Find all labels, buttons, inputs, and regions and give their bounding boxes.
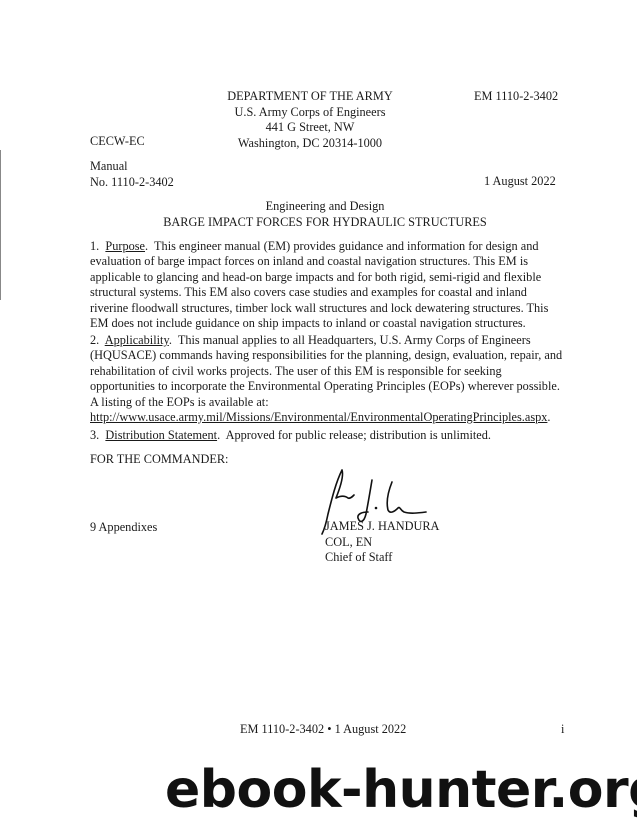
- applicability-line: This manual applies to all Headquarters,…: [178, 333, 531, 347]
- title-main: BARGE IMPACT FORCES FOR HYDRAULIC STRUCT…: [120, 215, 530, 231]
- purpose-line: riverine floodwall structures, timber lo…: [90, 301, 548, 316]
- page-footer: EM 1110-2-3402 • 1 August 2022: [240, 722, 406, 737]
- purpose-line: evaluation of barge impact forces on inl…: [90, 254, 548, 269]
- section-heading: Purpose: [105, 239, 145, 253]
- section-number: 1.: [90, 239, 99, 253]
- distribution-text: Approved for public release; distributio…: [226, 428, 491, 442]
- for-the-commander: FOR THE COMMANDER:: [90, 452, 228, 467]
- letterhead-agency: U.S. Army Corps of Engineers: [180, 105, 440, 121]
- office-symbol: CECW-EC: [90, 134, 145, 149]
- page-number: i: [561, 722, 564, 737]
- document-date: 1 August 2022: [484, 174, 556, 189]
- eop-link[interactable]: http://www.usace.army.mil/Missions/Envir…: [90, 410, 547, 424]
- watermark: ebook-hunter.org: [165, 760, 637, 820]
- signer-name: JAMES J. HANDURA: [325, 519, 439, 535]
- section-applicability: 2. Applicability. This manual applies to…: [90, 333, 548, 425]
- applicability-line: rehabilitation of civil works projects. …: [90, 364, 548, 379]
- section-distribution: 3. Distribution Statement. Approved for …: [90, 428, 548, 443]
- section-heading: Distribution Statement: [105, 428, 217, 442]
- manual-number: No. 1110-2-3402: [90, 175, 174, 191]
- document-title: Engineering and Design BARGE IMPACT FORC…: [120, 199, 530, 230]
- letterhead-street: 441 G Street, NW: [180, 120, 440, 136]
- purpose-line: applicable to glancing and head-on barge…: [90, 270, 548, 285]
- purpose-line: This engineer manual (EM) provides guida…: [154, 239, 539, 253]
- section-number: 2.: [90, 333, 99, 347]
- section-purpose: 1. Purpose. This engineer manual (EM) pr…: [90, 239, 548, 331]
- manual-label: Manual: [90, 159, 174, 175]
- applicability-line: A listing of the EOPs is available at:: [90, 395, 548, 410]
- letterhead-city: Washington, DC 20314-1000: [180, 136, 440, 152]
- applicability-line: (HQUSACE) commands having responsibiliti…: [90, 348, 548, 363]
- letterhead: DEPARTMENT OF THE ARMY U.S. Army Corps o…: [180, 89, 440, 151]
- manual-number-block: Manual No. 1110-2-3402: [90, 159, 174, 190]
- appendixes-count: 9 Appendixes: [90, 520, 157, 535]
- scan-edge-mark: [0, 150, 1, 300]
- section-heading: Applicability: [105, 333, 169, 347]
- section-number: 3.: [90, 428, 99, 442]
- purpose-line: structural systems. This EM also covers …: [90, 285, 548, 300]
- purpose-line: EM does not include guidance on ship imp…: [90, 316, 548, 331]
- letterhead-department: DEPARTMENT OF THE ARMY: [180, 89, 440, 105]
- applicability-line: opportunities to incorporate the Environ…: [90, 379, 548, 394]
- document-id: EM 1110-2-3402: [474, 89, 558, 104]
- signer-title: Chief of Staff: [325, 550, 439, 566]
- signer-rank: COL, EN: [325, 535, 439, 551]
- signature-block: JAMES J. HANDURA COL, EN Chief of Staff: [325, 519, 439, 566]
- title-subtitle: Engineering and Design: [120, 199, 530, 215]
